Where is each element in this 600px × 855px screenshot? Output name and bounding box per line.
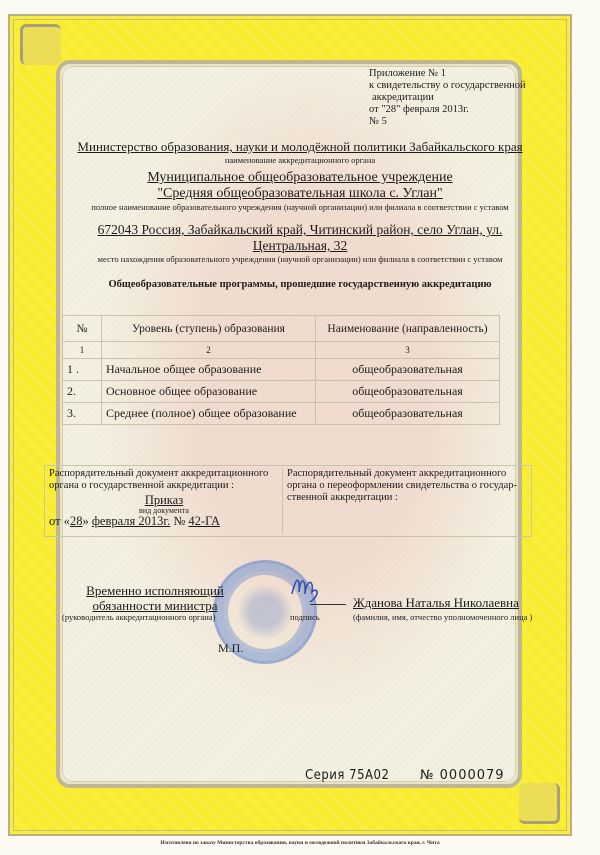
column-number: 3 bbox=[316, 342, 500, 359]
signatory-name: Жданова Наталья Николаевна bbox=[353, 595, 519, 611]
table-row: 3. Среднее (полное) общее образование об… bbox=[63, 403, 500, 425]
order-type: Приказ bbox=[145, 493, 183, 507]
signatory-name-caption: (фамилия, имя, отчество уполномоченного … bbox=[353, 612, 532, 622]
ornament-corner-bottom-right bbox=[519, 783, 560, 824]
accreditation-order: Распорядительный документ аккредитационн… bbox=[49, 468, 279, 527]
signature-caption: подпись bbox=[290, 612, 320, 622]
appendix-line: Приложение № 1 bbox=[369, 68, 569, 80]
table-header-row: № Уровень (ступень) образования Наименов… bbox=[63, 316, 500, 342]
institution-caption: полное наименование образовательного учр… bbox=[60, 202, 540, 212]
appendix-reference: Приложение № 1 к свидетельству о государ… bbox=[369, 68, 569, 128]
row-level: Среднее (полное) общее образование bbox=[102, 403, 316, 425]
signatory-position: Временно исполняющий обязанности министр… bbox=[80, 583, 230, 613]
appendix-line: аккредитации bbox=[369, 92, 569, 104]
seal-place-label: М.П. bbox=[218, 641, 243, 656]
row-name: общеобразовательная bbox=[316, 359, 500, 381]
header-no: № bbox=[63, 316, 102, 342]
authority-block: Министерство образования, науки и молодё… bbox=[60, 139, 540, 165]
order-month-year: февраля 2013г. bbox=[92, 514, 170, 528]
appendix-line: к свидетельству о государственной bbox=[369, 80, 569, 92]
certificate-frame bbox=[8, 14, 572, 836]
header-name: Наименование (направленность) bbox=[316, 316, 500, 342]
order-date: от «28» февраля 2013г. № 42-ГА bbox=[49, 515, 279, 527]
row-level: Начальное общее образование bbox=[102, 359, 316, 381]
row-name: общеобразовательная bbox=[316, 403, 500, 425]
appendix-line: от "28" февраля 2013г. bbox=[369, 104, 569, 116]
print-footer: Изготовлено по заказу Министерства образ… bbox=[60, 840, 540, 846]
address-caption: место нахождения образовательного учрежд… bbox=[60, 254, 540, 264]
authority-caption: наименование аккредитационного органа bbox=[60, 155, 540, 165]
programs-heading: Общеобразовательные программы, прошедшие… bbox=[60, 279, 540, 290]
signature-line bbox=[310, 604, 346, 605]
table-row: 2. Основное общее образование общеобразо… bbox=[63, 381, 500, 403]
orders-box: Распорядительный документ аккредитационн… bbox=[44, 465, 532, 537]
institution-block: Муниципальное общеобразовательное учрежд… bbox=[60, 170, 540, 212]
signatory-position-caption: (руководитель аккредитационного органа) bbox=[62, 612, 215, 622]
blank-series: Серия 75А02 bbox=[305, 768, 389, 783]
row-no: 3. bbox=[63, 403, 102, 425]
row-name: общеобразовательная bbox=[316, 381, 500, 403]
row-level: Основное общее образование bbox=[102, 381, 316, 403]
address-block: 672043 Россия, Забайкальский край, Читин… bbox=[60, 222, 540, 264]
column-number: 2 bbox=[102, 342, 316, 359]
programs-table: № Уровень (ступень) образования Наименов… bbox=[62, 315, 500, 425]
reissue-order: Распорядительный документ аккредитационн… bbox=[282, 468, 532, 534]
address-value: 672043 Россия, Забайкальский край, Читин… bbox=[60, 222, 540, 254]
blank-number: № 0000079 bbox=[420, 768, 505, 783]
appendix-line: № 5 bbox=[369, 116, 569, 128]
header-level: Уровень (ступень) образования bbox=[102, 316, 316, 342]
row-no: 1 . bbox=[63, 359, 102, 381]
institution-name-line2: "Средняя общеобразовательная школа с. Уг… bbox=[60, 186, 540, 202]
accreditation-order-title: Распорядительный документ аккредитационн… bbox=[49, 468, 279, 492]
table-row: 1 . Начальное общее образование общеобра… bbox=[63, 359, 500, 381]
institution-name-line1: Муниципальное общеобразовательное учрежд… bbox=[60, 170, 540, 186]
row-no: 2. bbox=[63, 381, 102, 403]
table-column-numbers: 1 2 3 bbox=[63, 342, 500, 359]
signature-mark bbox=[288, 572, 324, 606]
authority-name: Министерство образования, науки и молодё… bbox=[60, 139, 540, 155]
order-number: 42-ГА bbox=[188, 514, 220, 528]
column-number: 1 bbox=[63, 342, 102, 359]
ornament-corner-top-left bbox=[20, 24, 61, 65]
reissue-order-title: Распорядительный документ аккредитационн… bbox=[287, 468, 532, 504]
order-day: 28 bbox=[70, 514, 83, 528]
